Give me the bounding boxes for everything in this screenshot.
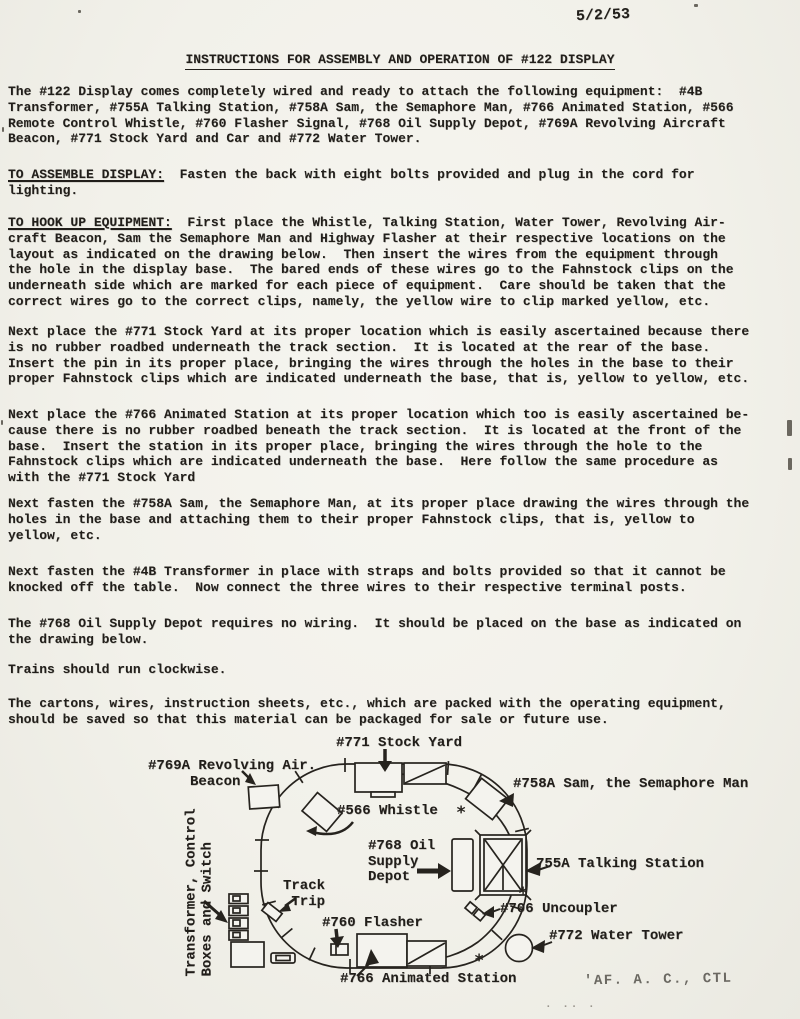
label-stock-yard: #771 Stock Yard (336, 736, 462, 752)
paragraph-oil-depot: The #768 Oil Supply Depot requires no wi… (8, 616, 794, 648)
scan-artifact (1, 420, 3, 425)
label-oil-depot: #768 Oil Supply Depot (368, 839, 435, 886)
page-title: INSTRUCTIONS FOR ASSEMBLY AND OPERATION … (0, 52, 800, 70)
paragraph-transformer: Next fasten the #4B Transformer in place… (8, 564, 794, 596)
scan-artifact (2, 127, 4, 132)
assemble-heading: TO ASSEMBLE DISPLAY: (8, 167, 164, 182)
label-animated-station: #766 Animated Station (340, 972, 516, 988)
svg-text:*: * (474, 951, 484, 971)
scan-artifact (787, 420, 792, 436)
scanned-instruction-sheet: 5/2/53 INSTRUCTIONS FOR ASSEMBLY AND OPE… (0, 0, 800, 1019)
scan-smudge: . .. . (545, 998, 597, 1014)
svg-text:*: * (456, 803, 466, 823)
label-track-trip: Track Trip (283, 879, 325, 910)
paragraph-clockwise: Trains should run clockwise. (8, 662, 794, 678)
label-water-tower: #772 Water Tower (549, 929, 683, 945)
water-tower-shape (506, 935, 533, 962)
paragraph-sam: Next fasten the #758A Sam, the Semaphore… (8, 496, 794, 543)
paragraph-cartons: The cartons, wires, instruction sheets, … (8, 696, 794, 728)
label-transformer-control-boxes: Transformer, Control Boxes and Switch (185, 809, 216, 977)
label-beacon: #769A Revolving Air. Beacon (148, 759, 316, 790)
scan-artifact (694, 4, 698, 7)
paragraph-hookup: TO HOOK UP EQUIPMENT: First place the Wh… (8, 215, 794, 310)
paragraph-assemble: TO ASSEMBLE DISPLAY: Fasten the back wit… (8, 167, 794, 199)
hookup-heading: TO HOOK UP EQUIPMENT: (8, 215, 172, 230)
label-talking-station: 755A Talking Station (536, 857, 704, 873)
whistle-shape (302, 793, 342, 832)
sam-shape (466, 778, 509, 819)
paragraph-stock-yard: Next place the #771 Stock Yard at its pr… (8, 324, 794, 387)
transformer-shape (231, 942, 264, 967)
uncoupler-shape (465, 902, 485, 921)
date-annotation: 5/2/53 (576, 7, 631, 25)
label-uncoupler: #706 Uncoupler (500, 902, 618, 918)
oil-depot-shape (452, 839, 473, 891)
paragraph-intro: The #122 Display comes completely wired … (8, 84, 794, 147)
switch-control-shape (271, 953, 295, 963)
stamp-annotation: 'AF. A. C., CTL (584, 972, 733, 990)
flasher-shape (331, 944, 348, 955)
scan-artifact (78, 10, 81, 13)
paragraph-animated-station: Next place the #766 Animated Station at … (8, 407, 794, 486)
page-title-text: INSTRUCTIONS FOR ASSEMBLY AND OPERATION … (185, 52, 614, 70)
label-whistle: #566 Whistle (337, 804, 438, 820)
track-trip-shape (262, 903, 282, 922)
label-sam: #758A Sam, the Semaphore Man (513, 777, 748, 793)
stock-yard-shape (355, 763, 446, 797)
control-boxes-shape (229, 894, 248, 940)
label-flasher: #760 Flasher (322, 916, 423, 932)
scan-artifact (788, 458, 792, 470)
